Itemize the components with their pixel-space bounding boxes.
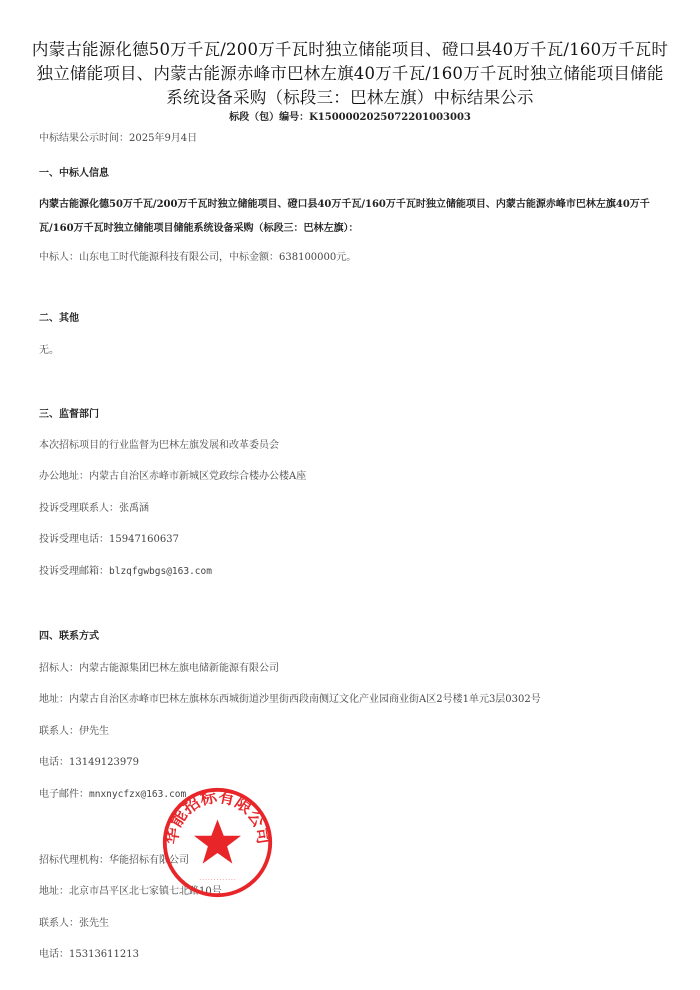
complaint-email-row: 投诉受理邮箱：blzqfgwbgs@163.com xyxy=(39,562,212,577)
svg-text:·············: ············· xyxy=(199,878,236,883)
publish-time: 中标结果公示时间：2025年9月4日 xyxy=(39,129,197,144)
section4-heading: 四、联系方式 xyxy=(39,627,99,642)
complaint-phone: 投诉受理电话：15947160637 xyxy=(39,530,179,545)
office-address: 办公地址：内蒙古自治区赤峰市新城区党政综合楼办公楼A座 xyxy=(39,467,306,482)
section3-heading: 三、监督部门 xyxy=(39,405,99,420)
section-number: 标段（包）编号：K1500002025072201003003 xyxy=(0,108,700,123)
winner-info: 中标人：山东电工时代能源科技有限公司，中标金额：638100000元。 xyxy=(39,248,356,263)
agency-contact: 联系人：张先生 xyxy=(39,914,109,929)
section2-content: 无。 xyxy=(39,341,59,356)
agency-phone: 电话：15313611213 xyxy=(39,945,139,960)
supervisor: 本次招标项目的行业监督为巴林左旗发展和改革委员会 xyxy=(39,436,279,451)
tenderer: 招标人：内蒙古能源集团巴林左旗电储新能源有限公司 xyxy=(39,659,279,674)
tenderer-email-label: 电子邮件： xyxy=(39,789,89,800)
project-name: 内蒙古能源化德50万千瓦/200万千瓦时独立储能项目、磴口县40万千瓦/160万… xyxy=(39,193,664,241)
company-seal-icon: 华能招标有限公司 ············· xyxy=(160,785,275,900)
tenderer-contact: 联系人：伊先生 xyxy=(39,722,109,737)
complaint-email-label: 投诉受理邮箱： xyxy=(39,566,109,577)
section2-heading: 二、其他 xyxy=(39,309,79,324)
section1-heading: 一、中标人信息 xyxy=(39,164,109,179)
complaint-contact: 投诉受理联系人：张禹涵 xyxy=(39,499,149,514)
document-title: 内蒙古能源化德50万千瓦/200万千瓦时独立储能项目、磴口县40万千瓦/160万… xyxy=(30,38,670,110)
tenderer-address: 地址：内蒙古自治区赤峰市巴林左旗林东西城街道沙里街西段南侧辽文化产业园商业街A区… xyxy=(39,690,541,705)
tenderer-phone: 电话：13149123979 xyxy=(39,753,139,768)
complaint-email[interactable]: blzqfgwbgs@163.com xyxy=(109,566,212,577)
